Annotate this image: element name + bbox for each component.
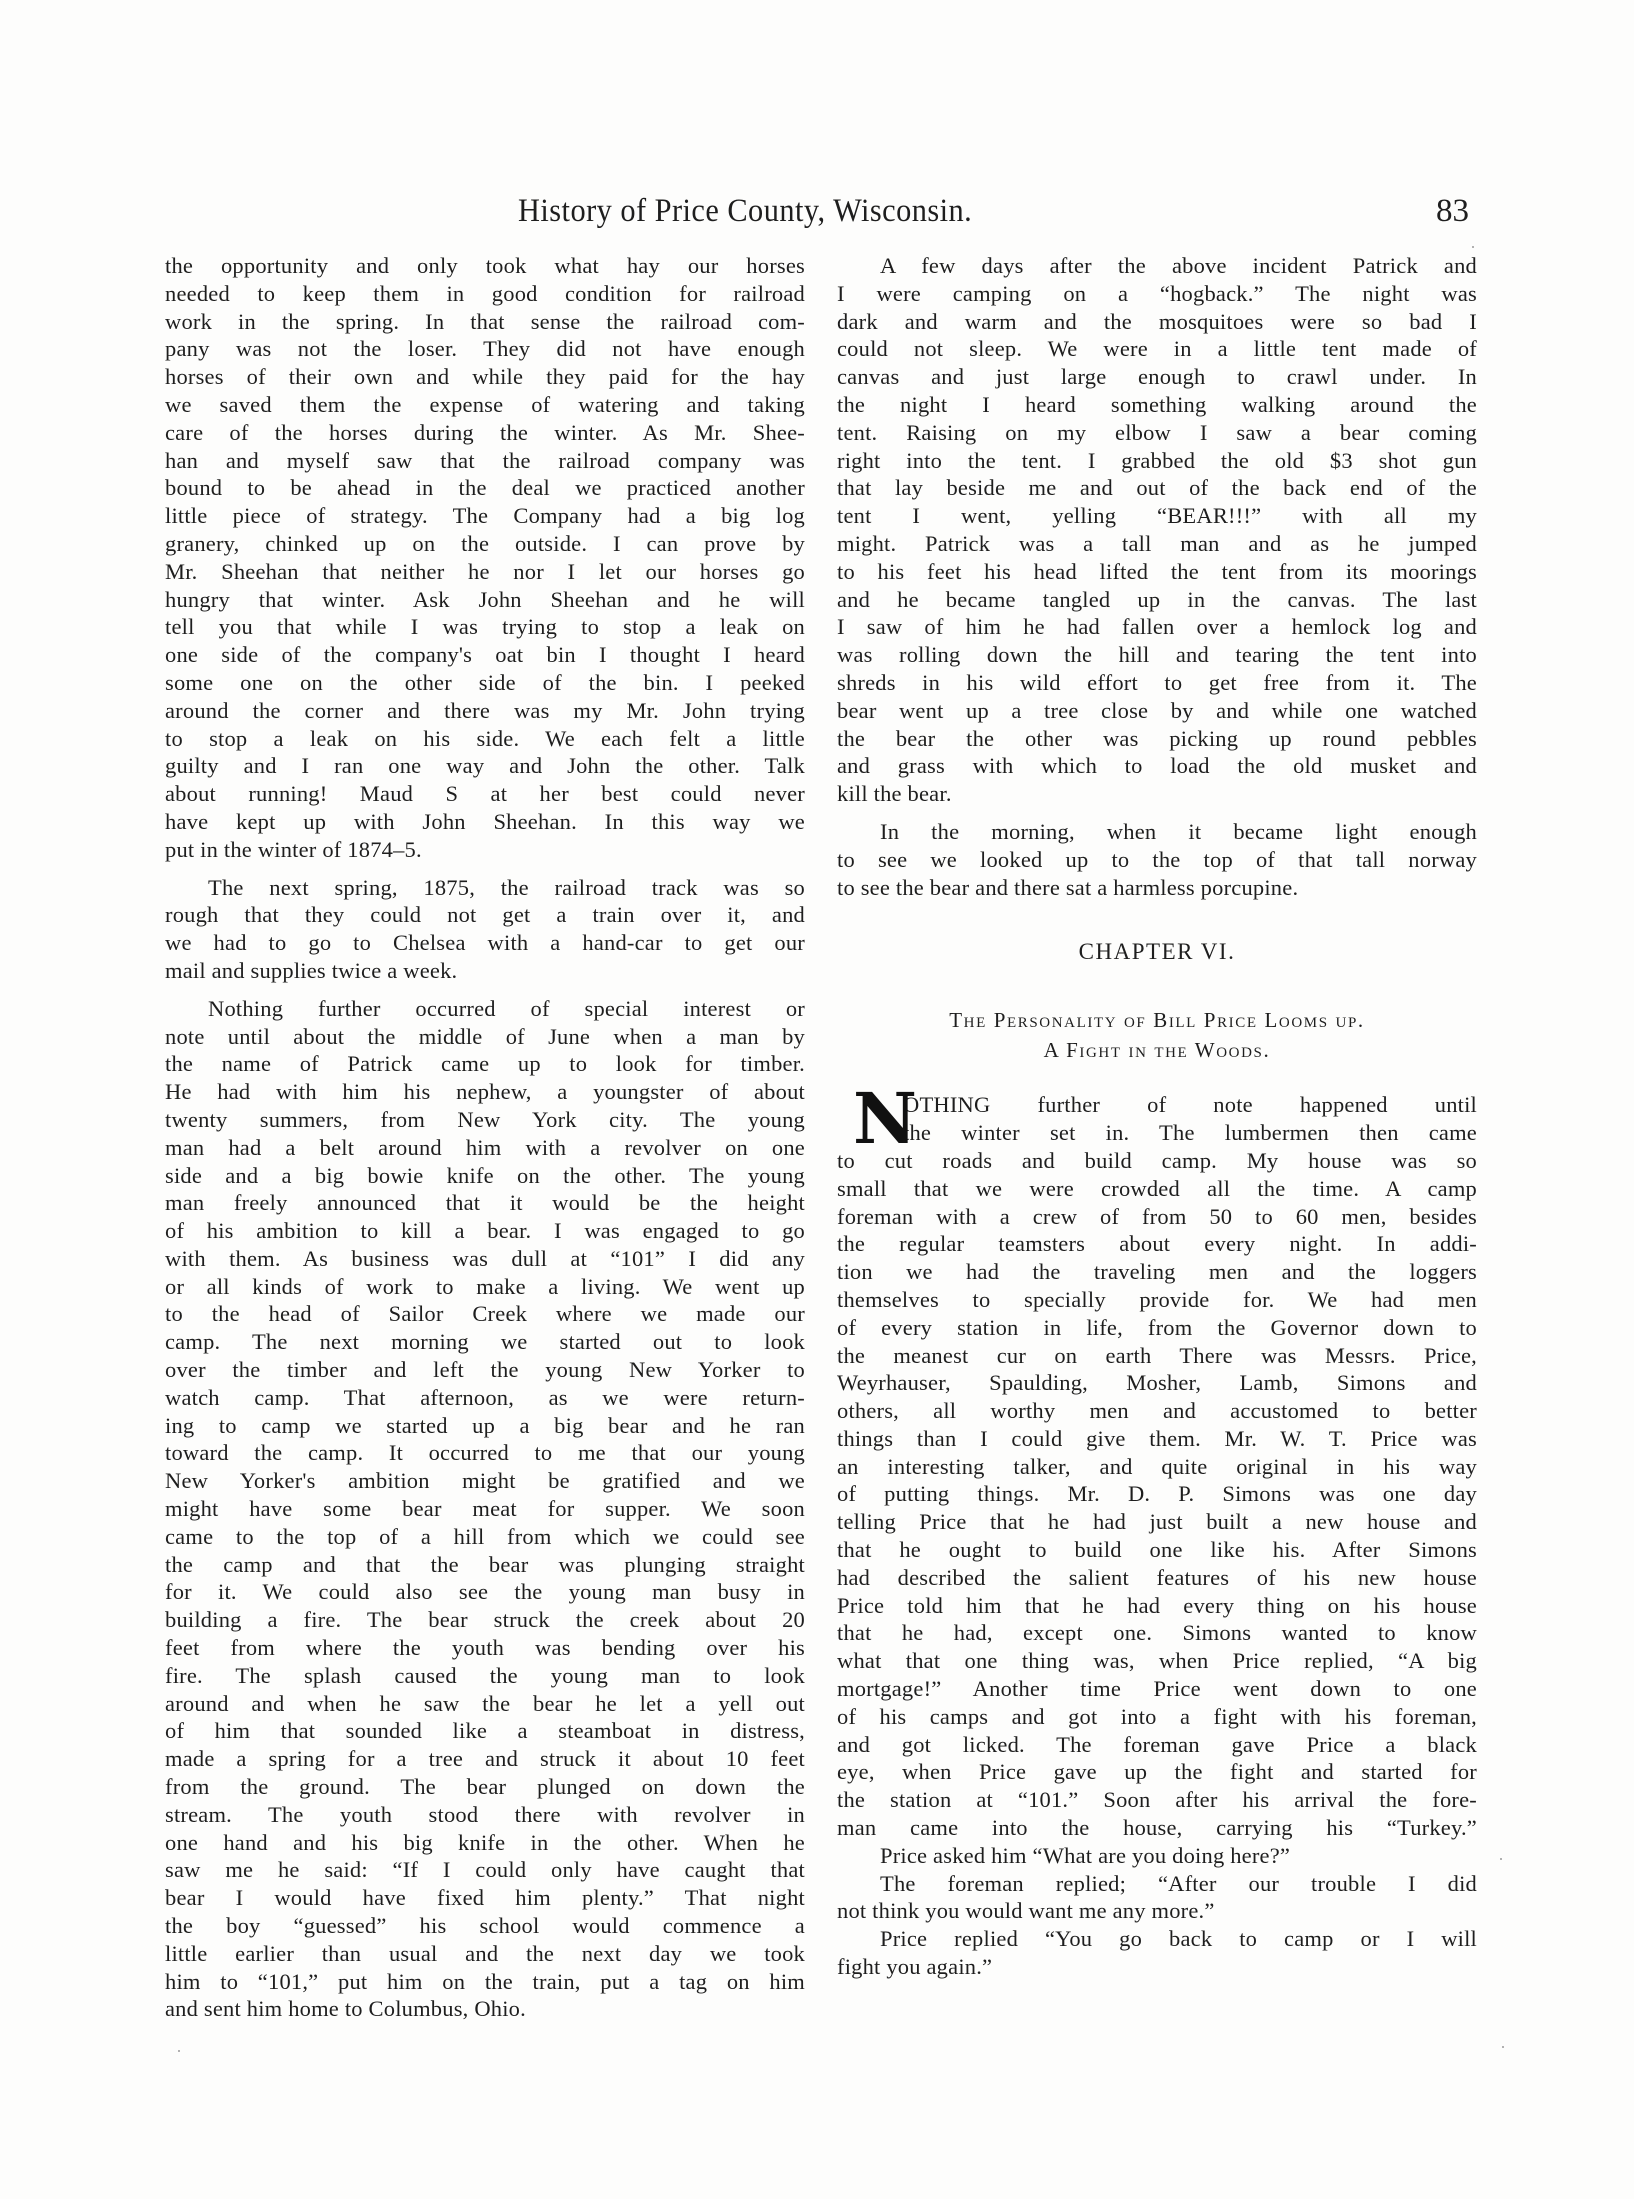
text-line: Price asked him “What are you doing here… [837,1842,1477,1870]
text-line: pany was not the loser. They did not hav… [165,335,805,363]
text-line: right into the tent. I grabbed the old $… [837,447,1477,475]
text-line: needed to keep them in good condition fo… [165,280,805,308]
text-line: the camp and that the bear was plunging … [165,1551,805,1579]
text-line: made a spring for a tree and struck it a… [165,1745,805,1773]
text-line: to see we looked up to the top of that t… [837,846,1477,874]
text-line: of every station in life, from the Gover… [837,1314,1477,1342]
text-line: foreman with a crew of from 50 to 60 men… [837,1203,1477,1231]
text-line: over the timber and left the young New Y… [165,1356,805,1384]
text-line: and got licked. The foreman gave Price a… [837,1731,1477,1759]
text-line: the opportunity and only took what hay o… [165,252,805,280]
text-line: of his camps and got into a fight with h… [837,1703,1477,1731]
text-line: put in the winter of 1874–5. [165,836,805,864]
text-line: the night I heard something walking arou… [837,391,1477,419]
text-line: bear went up a tree close by and while o… [837,697,1477,725]
text-line: han and myself saw that the railroad com… [165,447,805,475]
text-line: A few days after the above incident Patr… [837,252,1477,280]
text-line: could not sleep. We were in a little ten… [837,335,1477,363]
text-line: bear I would have fixed him plenty.” Tha… [165,1884,805,1912]
text-line: tent I went, yelling “BEAR!!!” with all … [837,502,1477,530]
right-column-closing-paragraphs: Price asked him “What are you doing here… [837,1842,1477,1981]
chapter-subtitle-line-2: A Fight in the Woods. [837,1035,1477,1065]
text-line: was rolling down the hill and tearing th… [837,641,1477,669]
text-line: to the head of Sailor Creek where we mad… [165,1300,805,1328]
text-line: fight you again.” [837,1953,1477,1981]
text-line: about running! Maud S at her best could … [165,780,805,808]
text-line: an interesting talker, and quite origina… [837,1453,1477,1481]
text-line: bound to be ahead in the deal we practic… [165,474,805,502]
text-line: camp. The next morning we started out to… [165,1328,805,1356]
page-number: 83 [1436,193,1469,230]
text-line: The next spring, 1875, the railroad trac… [165,874,805,902]
text-line: that he ought to build one like his. Aft… [837,1536,1477,1564]
text-line: the bear the other was picking up round … [837,725,1477,753]
text-line: stream. The youth stood there with revol… [165,1801,805,1829]
book-title: History of Price County, Wisconsin. [518,193,972,230]
text-line: for it. We could also see the young man … [165,1578,805,1606]
text-line: tent. Raising on my elbow I saw a bear c… [837,419,1477,447]
text-line: around the corner and there was my Mr. J… [165,697,805,725]
text-line: Price told him that he had every thing o… [837,1592,1477,1620]
text-line: canvas and just large enough to crawl un… [837,363,1477,391]
text-line: kill the bear. [837,780,1477,808]
text-line: I were camping on a “hogback.” The night… [837,280,1477,308]
text-line: to his feet his head lifted the tent fro… [837,558,1477,586]
text-line: and sent him home to Columbus, Ohio. [165,1995,805,2023]
text-line: In the morning, when it became light eno… [837,818,1477,846]
text-line: feet from where the youth was bending ov… [165,1634,805,1662]
paragraph: The foreman replied; “After our trouble … [837,1870,1477,1926]
drop-cap-letter: N [853,1089,917,1149]
text-line: of his ambition to kill a bear. I was en… [165,1217,805,1245]
paragraph: Nothing further occurred of special inte… [165,995,805,2023]
text-line: man came into the house, carrying his “T… [837,1814,1477,1842]
text-line: guilty and I ran one way and John the ot… [165,752,805,780]
chapter-subtitle-line-1: The Personality of Bill Price Looms up. [837,1005,1477,1035]
text-line: and grass with which to load the old mus… [837,752,1477,780]
text-line: might have some bear meat for supper. We… [165,1495,805,1523]
paragraph: In the morning, when it became light eno… [837,818,1477,901]
chapter-heading: CHAPTER VI. [837,937,1477,967]
text-line: ing to camp we started up a big bear and… [165,1412,805,1440]
text-line: the boy “guessed” his school would comme… [165,1912,805,1940]
text-line: small that we were crowded all the time.… [837,1175,1477,1203]
text-line: from the ground. The bear plunged on dow… [165,1773,805,1801]
running-header: History of Price County, Wisconsin. 83 [0,193,1634,243]
text-line: him to “101,” put him on the train, put … [165,1968,805,1996]
text-line: might. Patrick was a tall man and as he … [837,530,1477,558]
text-line: came to the top of a hill from which we … [165,1523,805,1551]
text-line: I saw of him he had fallen over a hemloc… [837,613,1477,641]
text-line: around and when he saw the bear he let a… [165,1690,805,1718]
text-line: He had with him his nephew, a youngster … [165,1078,805,1106]
text-line: shreds in his wild effort to get free fr… [837,669,1477,697]
text-line: the regular teamsters about every night.… [837,1230,1477,1258]
text-line: side and a big bowie knife on the other.… [165,1162,805,1190]
paragraph: the opportunity and only took what hay o… [165,252,805,864]
text-line: Weyrhauser, Spaulding, Mosher, Lamb, Sim… [837,1369,1477,1397]
text-line: care of the horses during the winter. As… [165,419,805,447]
text-line: and he became tangled up in the canvas. … [837,586,1477,614]
text-line: that he had, except one. Simons wanted t… [837,1619,1477,1647]
chapter-first-paragraph: N OTHING further of note happened until … [837,1091,1477,1842]
text-line: have kept up with John Sheehan. In this … [165,808,805,836]
text-line: the station at “101.” Soon after his arr… [837,1786,1477,1814]
text-line: rough that they could not get a train ov… [165,901,805,929]
text-line: the meanest cur on earth There was Messr… [837,1342,1477,1370]
text-line: Mr. Sheehan that neither he nor I let ou… [165,558,805,586]
text-line: of him that sounded like a steamboat in … [165,1717,805,1745]
paragraph: Price asked him “What are you doing here… [837,1842,1477,1870]
text-line: little earlier than usual and the next d… [165,1940,805,1968]
text-line: fire. The splash caused the young man to… [165,1662,805,1690]
right-column-opening-paragraphs: A few days after the above incident Patr… [837,252,1477,901]
text-line: mortgage!” Another time Price went down … [837,1675,1477,1703]
text-line: little piece of strategy. The Company ha… [165,502,805,530]
text-line: man had a belt around him with a revolve… [165,1134,805,1162]
paragraph: Price replied “You go back to camp or I … [837,1925,1477,1981]
text-line: man freely announced that it would be th… [165,1189,805,1217]
text-line: one hand and his big knife in the other.… [165,1829,805,1857]
text-line: dark and warm and the mosquitoes were so… [837,308,1477,336]
text-line: horses of their own and while they paid … [165,363,805,391]
right-column: A few days after the above incident Patr… [837,252,1477,1981]
left-column: the opportunity and only took what hay o… [165,252,805,2023]
text-line: to cut roads and build camp. My house wa… [837,1147,1477,1175]
text-line: granery, chinked up on the outside. I ca… [165,530,805,558]
text-line: saw me he said: “If I could only have ca… [165,1856,805,1884]
text-line: others, all worthy men and accustomed to… [837,1397,1477,1425]
text-line: one side of the company's oat bin I thou… [165,641,805,669]
text-line: not think you would want me any more.” [837,1897,1477,1925]
text-line: to stop a leak on his side. We each felt… [165,725,805,753]
paragraph: The next spring, 1875, the railroad trac… [165,874,805,985]
text-line: The foreman replied; “After our trouble … [837,1870,1477,1898]
text-line: OTHING further of note happened until [837,1091,1477,1119]
text-line: we had to go to Chelsea with a hand-car … [165,929,805,957]
text-line: themselves to specially provide for. We … [837,1286,1477,1314]
text-line: Nothing further occurred of special inte… [165,995,805,1023]
text-line: mail and supplies twice a week. [165,957,805,985]
text-line: had described the salient features of hi… [837,1564,1477,1592]
text-line: that lay beside me and out of the back e… [837,474,1477,502]
text-line: telling Price that he had just built a n… [837,1508,1477,1536]
text-line: note until about the middle of June when… [165,1023,805,1051]
text-line: watch camp. That afternoon, as we were r… [165,1384,805,1412]
text-line: tell you that while I was trying to stop… [165,613,805,641]
text-line: things than I could give them. Mr. W. T.… [837,1425,1477,1453]
text-line: we saved them the expense of watering an… [165,391,805,419]
text-line: toward the camp. It occurred to me that … [165,1439,805,1467]
text-line: New Yorker's ambition might be gratified… [165,1467,805,1495]
text-line: eye, when Price gave up the fight and st… [837,1758,1477,1786]
text-line: to see the bear and there sat a harmless… [837,874,1477,902]
text-line: twenty summers, from New York city. The … [165,1106,805,1134]
text-line: with them. As business was dull at “101”… [165,1245,805,1273]
text-line: building a fire. The bear struck the cre… [165,1606,805,1634]
text-line: the winter set in. The lumbermen then ca… [837,1119,1477,1147]
text-line: of putting things. Mr. D. P. Simons was … [837,1480,1477,1508]
paragraph: A few days after the above incident Patr… [837,252,1477,808]
book-page: History of Price County, Wisconsin. 83 t… [0,0,1634,2199]
text-line: hungry that winter. Ask John Sheehan and… [165,586,805,614]
text-line: tion we had the traveling men and the lo… [837,1258,1477,1286]
text-line: what that one thing was, when Price repl… [837,1647,1477,1675]
text-line: or all kinds of work to make a living. W… [165,1273,805,1301]
text-line: some one on the other side of the bin. I… [165,669,805,697]
text-line: the name of Patrick came up to look for … [165,1050,805,1078]
text-line: work in the spring. In that sense the ra… [165,308,805,336]
text-line: Price replied “You go back to camp or I … [837,1925,1477,1953]
